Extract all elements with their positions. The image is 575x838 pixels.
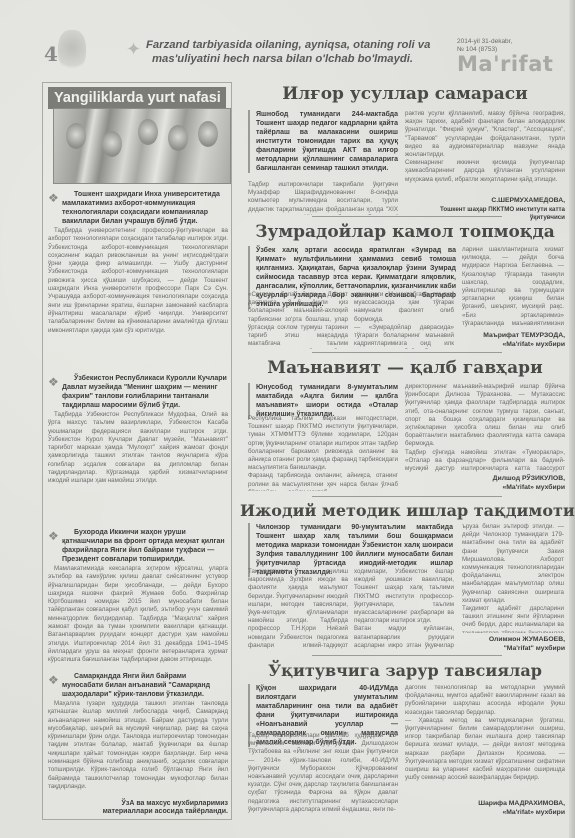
signature-line-2: материаллари асосида тайёрланди.: [48, 808, 228, 816]
news-headline: Самарқандда Янги йил байрами муносабати …: [62, 672, 228, 699]
news-body: Мамлакатимизда кексаларга эҳтиром кўрсат…: [48, 565, 228, 677]
diamond-bullet-icon: ❖: [48, 376, 60, 388]
article-column: Республика таълим маркази методистлари, …: [248, 415, 398, 491]
news-item: ❖ Бухорода Иккинчи жаҳон уруши қатнашчил…: [48, 528, 228, 677]
news-headline: Ўзбекистон Республикаси Куролли Кучлари …: [62, 374, 228, 410]
divider: [312, 496, 502, 497]
flower-decoration-icon: [58, 30, 86, 74]
issue-date: 2014-yil 31-dekabr,: [457, 38, 512, 46]
news-photo-collage: [53, 108, 231, 184]
newspaper-masthead: Ma'rifat: [457, 52, 553, 76]
signature-line-1: ЎзА ва махсус мухбирларимиз: [48, 800, 228, 808]
signature-role: «Ma'rifat» мухбири: [405, 484, 565, 493]
page-edge-shadow: [569, 0, 575, 838]
article-title: Ўқитувчига зарур тавсиялар: [240, 661, 570, 680]
star-decoration-icon: ✦: [126, 40, 144, 58]
signature-name: С.ШЕРМУХАМЕДОВА,: [405, 197, 565, 206]
article-lead: Яшнобод туманидаги 244-мактабда Тошкент …: [248, 110, 398, 173]
article-column: рактив усули қўлланилиб, мавзу бўйича ге…: [405, 110, 565, 195]
left-column-title: Yangiliklarda yurt nafasi: [48, 87, 226, 109]
news-item: ❖ Тошкент шаҳридаги Инха университетида …: [48, 190, 228, 367]
photo-face: [138, 119, 158, 145]
article-column: Тақдимотнинг очилиш маросимида Зулфия иж…: [248, 568, 348, 650]
photo-face: [198, 121, 218, 147]
article-column: Тадбир иштирокчилари дастлаб ҳудуддаги 1…: [248, 732, 398, 816]
article-title: Илғор усуллар самараси: [240, 84, 570, 104]
quote-line-2: mas'uliyatini hech narsa bilan o'lchab b…: [146, 52, 466, 66]
article-signature: Маърифат ТЕМУРЗОДА, «Ma'rifat» мухбири: [440, 332, 565, 349]
article-column: ҳрисидаги 11-мактабгача таълим муассасас…: [354, 291, 454, 349]
article-column: ъруза билан эътироф этилди. — дейди Чило…: [462, 523, 564, 633]
article-signature: С.ШЕРМУХАМЕДОВА, Тошкент шаҳар ПККТМО ин…: [405, 197, 565, 223]
divider: [312, 352, 502, 353]
article-title: Зумрадойлар камол топмоқда: [240, 222, 570, 242]
article-signature: Дилшод РЎЗИКУЛОВ, «Ma'rifat» мухбири: [405, 475, 565, 492]
news-body: Маҳалла гузари ҳудудида ташкил этилган т…: [48, 700, 228, 808]
article-column: Тадбир иштирокчилари тажрибали ўқитувчи …: [248, 181, 398, 215]
news-headline: Тошкент шаҳридаги Инха университетида ма…: [62, 190, 228, 226]
signature-role: Тошкент шаҳар ПККТМО институти катта ўқи…: [405, 206, 565, 223]
article-lead: Юнусобод туманидаги 8-умумтаълим мактаби…: [248, 383, 398, 419]
news-item: ❖ Ўзбекистон Республикаси Куролли Кучлар…: [48, 374, 228, 527]
article-column: ларини шакллантиришга хизмат қилмоқда, —…: [462, 246, 564, 328]
news-body: Тадбирда университетнинг профессор-ўқиту…: [48, 227, 228, 367]
photo-face: [168, 125, 188, 151]
signature-name: Шарифа МАДРАХИМОВА,: [405, 800, 565, 809]
news-item: ❖ Самарқандда Янги йил байрами муносабат…: [48, 672, 228, 808]
diamond-bullet-icon: ❖: [48, 530, 60, 542]
article-title: Ижодий методик ишлар тақдимоти: [240, 501, 570, 520]
page-number: 4: [44, 42, 58, 66]
left-column-signature: ЎзА ва махсус мухбирларимиз материаллари…: [48, 800, 228, 816]
diamond-bullet-icon: ❖: [48, 192, 60, 204]
article-column: ходимлари, Ўзбекистон ёшлар ижодий уюшма…: [354, 568, 454, 650]
signature-role: «Ma'rifat» мухбири: [405, 809, 565, 818]
divider: [312, 655, 502, 656]
quote-line-1: Farzand tarbiyasida oilaning, ayniqsa, o…: [146, 38, 466, 52]
signature-role: «Ma'rifat» мухбири: [440, 341, 565, 350]
article-column: «Соғлом бола йили» Давлат дастурига 3—6 …: [248, 291, 348, 349]
signature-name: Дилшод РЎЗИКУЛОВ,: [405, 475, 565, 484]
article-signature: Олимжон ЖУМАБОЕВ, "Ma'rifat" мухбири: [440, 636, 565, 653]
article-title: Маънавият — қалб гавҳари: [240, 358, 570, 378]
article-column: дагогик технологиялар ва методларни умум…: [405, 684, 565, 798]
divider: [312, 216, 502, 217]
article-signature: Шарифа МАДРАХИМОВА, «Ma'rifat» мухбири: [405, 800, 565, 817]
diamond-bullet-icon: ❖: [48, 674, 60, 686]
header-quote: Farzand tarbiyasida oilaning, ayniqsa, o…: [146, 38, 466, 66]
news-headline: Бухорода Иккинчи жаҳон уруши қатнашчилар…: [62, 528, 228, 564]
article-column: директорининг маънавий-маърифий ишлар бў…: [405, 383, 565, 473]
signature-role: "Ma'rifat" мухбири: [440, 645, 565, 654]
signature-name: Олимжон ЖУМАБОЕВ,: [440, 636, 565, 645]
signature-name: Маърифат ТЕМУРЗОДА,: [440, 332, 565, 341]
photo-face: [66, 123, 86, 149]
news-body: Тадбирда Ўзбекистон Республикаси Мудофаа…: [48, 411, 228, 527]
photo-face: [102, 131, 122, 157]
